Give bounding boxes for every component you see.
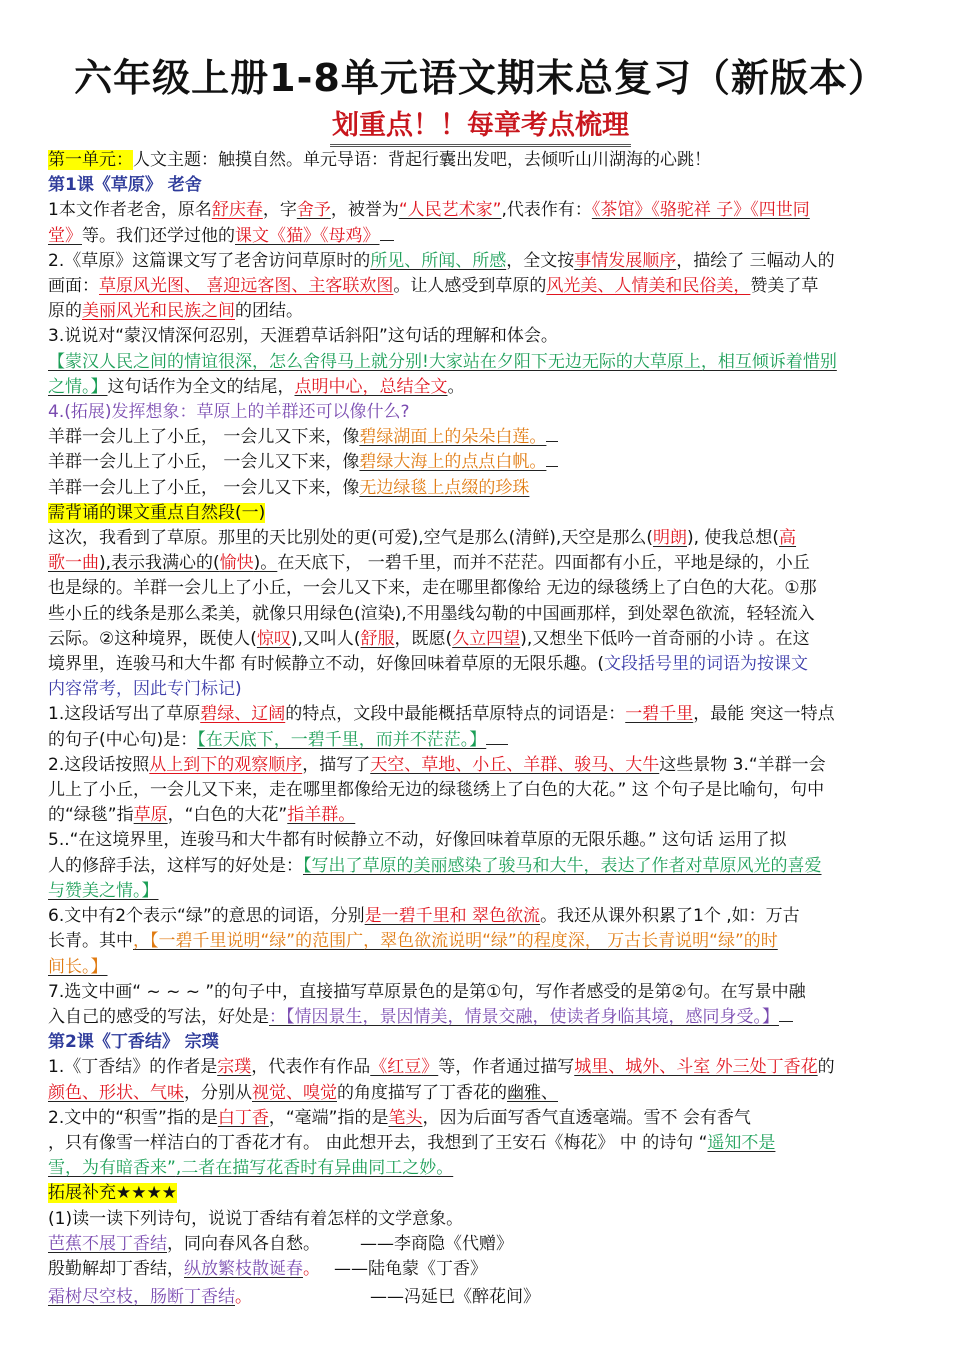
answer: 白丁香 (218, 1108, 269, 1128)
poem-text: 。 (235, 1287, 252, 1307)
text: 1.这段话写出了草原 (48, 704, 200, 724)
text: 赞美了草 (750, 276, 818, 296)
text: 云际。②这种境界，既使人( (48, 629, 257, 649)
recite-line-3: 也是绿的。羊群一会儿上了小丘，一会儿又下来，走在哪里都像给 无边的绿毯绣上了白色… (48, 576, 913, 601)
answer: ：【情因景生，景因情美，情景交融，使读者身临其境，感同身受。】 (269, 1007, 779, 1027)
recite-label: 需背诵的课文重点自然段(一) (48, 503, 265, 523)
text: 长青。其中 (48, 931, 133, 951)
text: 的团结。 (235, 301, 303, 321)
text: 境界里，连骏马和大牛都 有时候静立不动，好像回味着草原的无限乐趣。( (48, 654, 604, 674)
l1-rq7-line2: 入自己的感受的写法，好处是：【情因景生，景因情美，情景交融，使读者身临其境，感同… (48, 1005, 913, 1030)
poem-1: 芭蕉不展丁香结，同向春风各自愁。——李商隐《代赠》 (48, 1232, 913, 1257)
l1-q1-line1: 1本文作者老舍，原名舒庆春，字舍予，被誉为“人民艺术家”,代表作有：《茶馆》《骆… (48, 198, 913, 223)
l2-q1-line1: 1.《丁香结》的作者是宗璞，代表作有作品《红豆》等，作者通过描写城里、城外、斗室… (48, 1055, 913, 1080)
poem-source: ——李商隐《代赠》 (360, 1232, 513, 1257)
answer: 事情发展顺序 (574, 251, 676, 271)
unit-intro: 第一单元：人文主题：触摸自然。单元导语：背起行囊出发吧，去倾听山川湖海的心跳！ (48, 148, 913, 173)
answer: 惊叹 (257, 629, 291, 649)
text: ，描绘了 三幅动人的 (676, 251, 834, 271)
blank-line (779, 1021, 793, 1022)
l1-q4-answer-2: 羊群一会儿上了小丘， 一会儿又下来，像碧绿大海上的点点白帆。 (48, 450, 913, 475)
lesson-heading-1: 第1课《草原》 老舍 (48, 173, 913, 198)
recite-line-2: 歌一曲),表示我满心的(愉快)。在天底下， 一碧千里，而并不茫茫。四面都有小丘，… (48, 551, 913, 576)
text: 。我还从课外积累了1个 ,如：万古 (540, 906, 800, 926)
text: 的 (818, 1057, 835, 1077)
ext-prompt: (1)读一读下列诗句，说说丁香结有着怎样的文学意象。 (48, 1207, 913, 1232)
l1-rq2-line3: 的“绿毯”指草原，“白色的大花”指羊群。 (48, 803, 913, 828)
l1-q2-line2: 画面：草原风光图、 喜迎远客图、主客联欢图。让人感受到草原的风光美、人情美和民俗… (48, 274, 913, 299)
text: ，“毫端”指的是 (269, 1108, 389, 1128)
answer: 【蒙汉人民之间的情谊很深，怎么舍得马上就分别!大家站在夕阳下无边无际的大草原上，… (48, 352, 837, 372)
page-title: 六年级上册1-8单元语文期末总复习（新版本） (0, 52, 961, 104)
l2-q1-line2: 颜色、形状、气味，分别从视觉、嗅觉的角度描写了丁香花的幽雅、 (48, 1081, 913, 1106)
l1-q3-line2: 【蒙汉人民之间的情谊很深，怎么舍得马上就分别!大家站在夕阳下无边无际的大草原上，… (48, 350, 913, 375)
answer: 遥知不是 (707, 1133, 775, 1153)
answer: 颜色、形状、气味 (48, 1083, 184, 1103)
blank-line (486, 744, 508, 745)
answer: 碧绿大海上的点点白帆。 (359, 452, 546, 472)
l1-q3-line3: 之情。】这句话作为全文的结尾，点明中心，总结全文。 (48, 375, 913, 400)
text: 2.《草原》这篇课文写了老舍访问草原时的 (48, 251, 370, 271)
text: 等。我们还学过他的 (82, 226, 235, 246)
blank-line (546, 466, 558, 467)
answer: 舒庆春 (212, 200, 263, 220)
poem-text: 。 (303, 1259, 320, 1279)
poem-highlight: 芭蕉不展丁香结 (48, 1234, 167, 1254)
l2-q2-line3: 雪，为有暗香来”,二者在描写花香时有异曲同工之妙。 (48, 1156, 913, 1181)
text: 画面： (48, 276, 99, 296)
l1-rq1-line1: 1.这段话写出了草原碧绿、辽阔的特点，文段中最能概括草原特点的词语是：一碧千里，… (48, 702, 913, 727)
answer: 幽雅、 (507, 1083, 558, 1103)
answer: 间长。】 (48, 957, 108, 977)
poem-source: ——冯延巳《醉花间》 (370, 1285, 540, 1310)
answer: 从上到下的观察顺序 (149, 755, 302, 775)
answer: 久立四望 (452, 629, 520, 649)
recite-line-7: 内容常考，因此专门标记) (48, 677, 913, 702)
l1-rq7-line1: 7.选文中画“ ~ ~ ~ ”的句子中，直接描写草原景色的是第①句，写作者感受的… (48, 980, 913, 1005)
answer: 碧绿湖面上的朵朵白莲。 (359, 427, 546, 447)
text: 羊群一会儿上了小丘， 一会儿又下来，像 (48, 478, 359, 498)
l1-q4-answer-3: 羊群一会儿上了小丘， 一会儿又下来，像无边绿毯上点缀的珍珠 (48, 476, 913, 501)
answer: 所见、所闻、所感 (370, 251, 506, 271)
text: ，字 (263, 200, 297, 220)
text: ),又叫人( (291, 629, 361, 649)
answer: 草原 (134, 805, 168, 825)
text: 1.《丁香结》的作者是 (48, 1057, 217, 1077)
answer: 《红豆》 (370, 1057, 438, 1077)
text: 的角度描写了丁香花的 (337, 1083, 507, 1103)
text: ，“白色的大花” (168, 805, 288, 825)
text: ，最能 突这一特点 (693, 704, 834, 724)
answer: 宗璞 (217, 1057, 251, 1077)
text: 羊群一会儿上了小丘， 一会儿又下来，像 (48, 452, 359, 472)
text: ，代表作有作品 (251, 1057, 370, 1077)
l1-q2-line1: 2.《草原》这篇课文写了老舍访问草原时的所见、所闻、所感，全文按事情发展顺序，描… (48, 249, 913, 274)
answer: ,二者在描写花香时有异曲同工之妙。 (176, 1158, 453, 1178)
poem-text: 殷勤解却丁香结， (48, 1259, 184, 1279)
answer: 无边绿毯上点缀的珍珠 (359, 478, 529, 498)
text: ，因为后面写香气直透毫端。雪不 会有香气 (422, 1108, 750, 1128)
text: 这句话作为全文的结尾， (108, 377, 295, 397)
answer: 歌一曲 (48, 553, 99, 573)
text: 2.这段话按照 (48, 755, 149, 775)
text: ),表示我满心的( (99, 553, 220, 573)
answer: 之情。】 (48, 377, 108, 397)
text: ), 使我总想( (687, 528, 779, 548)
text: 人的修辞手法，这样写的好处是： (48, 856, 303, 876)
poem-2: 殷勤解却丁香结，纵放繁枝散诞春。——陆龟蒙《丁香》 (48, 1257, 913, 1282)
answer: 《茶馆》《骆驼祥 子》《四世同 (592, 200, 810, 220)
text: ，描写了 (302, 755, 370, 775)
l1-q2-line3: 原的美丽风光和民族之间的团结。 (48, 299, 913, 324)
text: ，被誉为 (331, 200, 399, 220)
answer: 堂》 (48, 226, 82, 246)
l2-q2-line2: ，只有像雪一样洁白的丁香花才有。 由此想开去，我想到了王安石《梅花》 中 的诗句… (48, 1131, 913, 1156)
text: 1本文作者老舍，原名 (48, 200, 212, 220)
answer: “人民艺术家” (399, 200, 502, 220)
l1-rq1-line2: 的句子(中心句)是：【在天底下，一碧千里，而并不茫茫。】 (48, 728, 913, 753)
l1-rq5-line3: 与赞美之情。】 (48, 879, 913, 904)
l1-rq6-line1: 6.文中有2个表示“绿”的意思的词语，分别是一碧千里和 翠色欲流。我还从课外积累… (48, 904, 913, 929)
text: 这些景物 3.“羊群一会 (659, 755, 825, 775)
recite-line-5: 云际。②这种境界，既使人(惊叹),又叫人(舒服，既愿(久立四望),又想坐下低吟一… (48, 627, 913, 652)
text: 的“绿毯”指 (48, 805, 134, 825)
l1-rq6-line3: 间长。】 (48, 955, 913, 980)
recite-line-1: 这次，我看到了草原。那里的天比别处的更(可爱),空气是那么(清鲜),天空是那么(… (48, 526, 913, 551)
answer: 草原风光图、 喜迎远客图、主客联欢图 (99, 276, 393, 296)
answer: 点明中心，总结全文 (295, 377, 448, 397)
document-page: 六年级上册1-8单元语文期末总复习（新版本） 划重点！！每章考点梳理 第一单元：… (0, 0, 961, 1365)
answer: 与赞美之情。】 (48, 881, 159, 901)
text: 入自己的感受的写法，好处是 (48, 1007, 269, 1027)
l2-q2-line1: 2.文中的“积雪”指的是白丁香，“毫端”指的是笔头，因为后面写香气直透毫端。雪不… (48, 1106, 913, 1131)
unit-intro-text: 人文主题：触摸自然。单元导语：背起行囊出发吧，去倾听山川湖海的心跳！ (133, 150, 711, 170)
answer: 雪，为有暗香来” (48, 1158, 176, 1178)
answer: 指羊群。 (287, 805, 355, 825)
l1-q3-question: 3.说说对“蒙汉情深何忍别，天涯碧草话斜阳”这句话的理解和体会。 (48, 324, 913, 349)
recite-label-line: 需背诵的课文重点自然段(一) (48, 501, 913, 526)
poem-highlight: 霜树尽空枝，肠断丁香结 (48, 1287, 235, 1307)
text: ,代表作有： (501, 200, 591, 220)
l1-rq5-line1: 5..“在这境界里，连骏马和大牛都有时候静立不动，好像回味着草原的无限乐趣。” … (48, 828, 913, 853)
poem-source: ——陆龟蒙《丁香》 (334, 1257, 487, 1282)
answer: 风光美、人情美和民俗美， (546, 276, 750, 296)
text: ，全文按 (506, 251, 574, 271)
l1-q1-line2: 堂》等。我们还学过他的课文《猫》《母鸡》 (48, 224, 913, 249)
ext-label-line: 拓展补充★★★★ (48, 1181, 913, 1206)
answer: 【在天底下，一碧千里，而并不茫茫。】 (197, 730, 486, 750)
answer: 天空、草地、小丘、羊群、骏马、大牛 (370, 755, 659, 775)
text: 这次，我看到了草原。那里的天比别处的更(可爱),空气是那么(清鲜),天空是那么( (48, 528, 653, 548)
text: ),又想坐下低吟一首奇丽的小诗 。在这 (520, 629, 809, 649)
answer: 是一碧千里和 翠色欲流 (365, 906, 540, 926)
answer: 笔头 (388, 1108, 422, 1128)
blank-line (380, 240, 394, 241)
l1-rq2-line1: 2.这段话按照从上到下的观察顺序，描写了天空、草地、小丘、羊群、骏马、大牛这些景… (48, 753, 913, 778)
text: )。 (254, 553, 278, 573)
blank-line (546, 441, 558, 442)
answer: 【写出了草原的美丽感染了骏马和大牛，表达了作者对草原风光的喜爱 (303, 856, 822, 876)
answer: 视觉、嗅觉 (252, 1083, 337, 1103)
lesson-heading-2: 第2课《丁香结》 宗璞 (48, 1030, 913, 1055)
recite-line-6: 境界里，连骏马和大牛都 有时候静立不动，好像回味着草原的无限乐趣。(文段括号里的… (48, 652, 913, 677)
text: 原的 (48, 301, 82, 321)
text: 。 (448, 377, 465, 397)
answer: 舒服 (361, 629, 395, 649)
poem-text: ，同向春风各自愁。 (167, 1234, 320, 1254)
l1-rq2-line2: 儿上了小丘，一会儿又下来，走在哪里都像给无边的绿毯绣上了白色的大花。” 这 个句… (48, 778, 913, 803)
text: 在天底下， 一碧千里，而并不茫茫。四面都有小丘，平地是绿的，小丘 (277, 553, 809, 573)
answer: 碧绿、辽阔 (200, 704, 285, 724)
poem-highlight: 纵放繁枝散诞春 (184, 1259, 303, 1279)
l1-q4-question: 4.(拓展)发挥想象：草原上的羊群还可以像什么? (48, 400, 913, 425)
document-body: 第一单元：人文主题：触摸自然。单元导语：背起行囊出发吧，去倾听山川湖海的心跳！ … (48, 148, 913, 1310)
poem-3: 霜树尽空枝，肠断丁香结。——冯延巳《醉花间》 (48, 1285, 913, 1310)
answer: 明朗 (653, 528, 687, 548)
answer: 高 (779, 528, 796, 548)
text: 等，作者通过描写 (438, 1057, 574, 1077)
answer: 课文《猫》《母鸡》 (235, 226, 380, 246)
text: 2.文中的“积雪”指的是 (48, 1108, 218, 1128)
text: 的特点，文段中最能概括草原特点的词语是： (285, 704, 625, 724)
text: ，只有像雪一样洁白的丁香花才有。 由此想开去，我想到了王安石《梅花》 中 的诗句… (48, 1133, 707, 1153)
text: ，分别从 (184, 1083, 252, 1103)
ext-label: 拓展补充★★★★ (48, 1183, 177, 1203)
text: ，既愿( (395, 629, 453, 649)
text: 羊群一会儿上了小丘， 一会儿又下来，像 (48, 427, 359, 447)
answer: 一碧千里 (625, 704, 693, 724)
answer: 愉快 (220, 553, 254, 573)
answer: ，【一碧千里说明“绿”的范围广，翠色欲流说明“绿”的程度深， 万古长青说明“绿”… (133, 931, 778, 951)
recite-line-4: 些小丘的线条是那么柔美，就像只用绿色(渲染),不用墨线勾勒的中国画那样，到处翠色… (48, 602, 913, 627)
text: 的句子(中心句)是： (48, 730, 197, 750)
text: 6.文中有2个表示“绿”的意思的词语，分别 (48, 906, 365, 926)
l1-q4-answer-1: 羊群一会儿上了小丘， 一会儿又下来，像碧绿湖面上的朵朵白莲。 (48, 425, 913, 450)
l1-rq6-line2: 长青。其中，【一碧千里说明“绿”的范围广，翠色欲流说明“绿”的程度深， 万古长青… (48, 929, 913, 954)
answer: 舍予 (297, 200, 331, 220)
subtitle-wrap: 划重点！！每章考点梳理 (0, 108, 961, 147)
l1-rq5-line2: 人的修辞手法，这样写的好处是：【写出了草原的美丽感染了骏马和大牛，表达了作者对草… (48, 854, 913, 879)
note: 文段括号里的词语为按课文 (604, 654, 808, 674)
answer: 城里、城外、斗室 外三处丁香花 (574, 1057, 817, 1077)
unit-label: 第一单元： (48, 150, 133, 170)
text: 。让人感受到草原的 (393, 276, 546, 296)
answer: 美丽风光和民族之间 (82, 301, 235, 321)
page-subtitle: 划重点！！每章考点梳理 (330, 108, 631, 147)
